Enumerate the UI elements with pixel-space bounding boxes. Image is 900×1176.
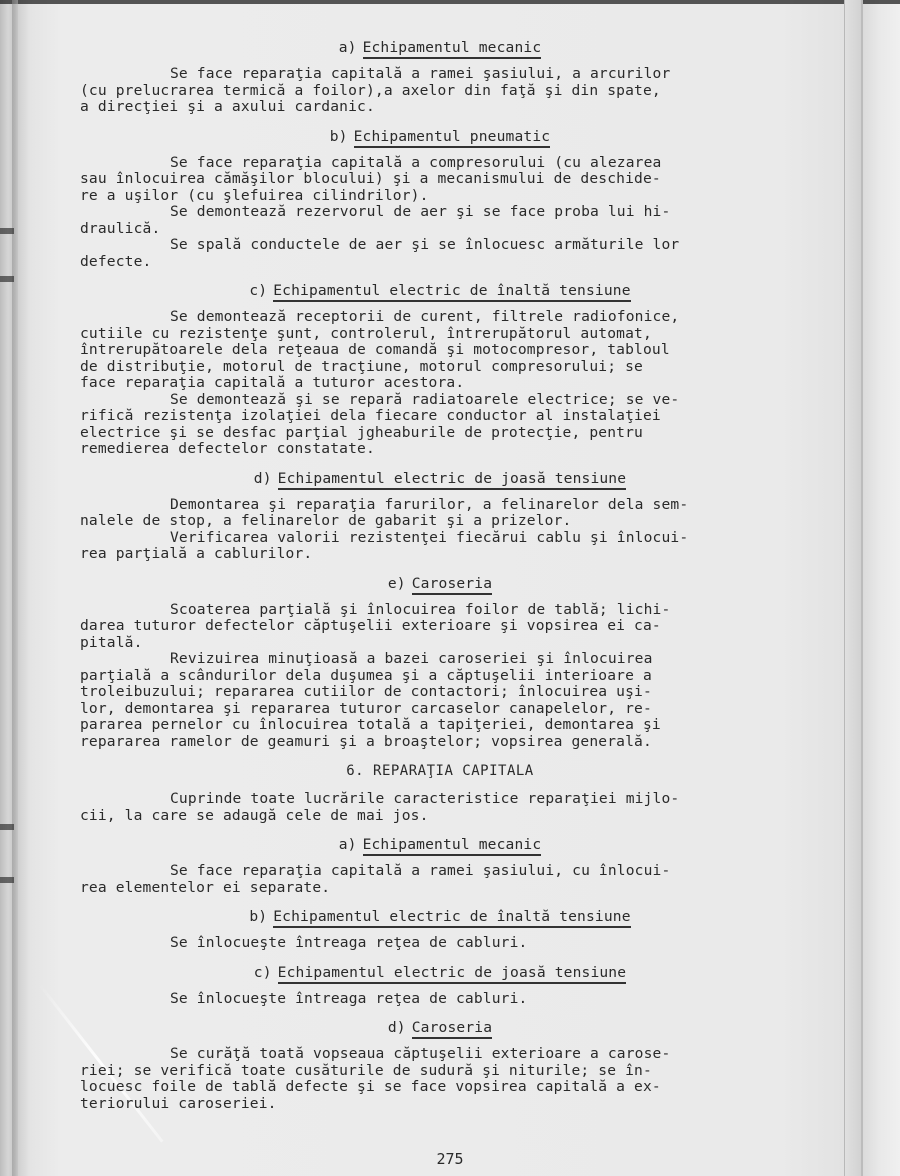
subsection-label: d) (254, 470, 272, 487)
subsection-label: a) (339, 836, 357, 853)
subsection-heading: c)Echipamentul electric de joasă tensiun… (80, 963, 800, 983)
text-line: Demontarea şi reparaţia farurilor, a fel… (80, 497, 800, 514)
text-line: parţială a scândurilor dela duşumea şi a… (80, 668, 800, 685)
text-line: cutiile cu rezistenţe şunt, controlerul,… (80, 326, 800, 343)
paragraph: Demontarea şi reparaţia farurilor, a fel… (80, 497, 800, 563)
text-line: Se înlocueşte întreaga reţea de cabluri. (80, 935, 800, 952)
subsection-heading: a)Echipamentul mecanic (80, 835, 800, 855)
paragraph: Se înlocueşte întreaga reţea de cabluri. (80, 935, 800, 952)
page-number: 275 (0, 1150, 900, 1168)
subsection-title: Echipamentul pneumatic (354, 128, 551, 148)
binding-staple-mark (0, 228, 14, 234)
page-right-edge (844, 0, 863, 1176)
text-line: Se face reparaţia capitală a compresorul… (80, 155, 800, 172)
paragraph: Se face reparaţia capitală a ramei şasiu… (80, 66, 800, 116)
text-line: teriorului caroseriei. (80, 1096, 800, 1113)
subsection-label: a) (339, 39, 357, 56)
subsection-label: e) (388, 575, 406, 592)
text-line: Se demontează şi se repară radiatoarele … (80, 392, 800, 409)
text-line: defecte. (80, 254, 800, 271)
scan-top-edge (0, 0, 900, 4)
subsection-label: d) (388, 1019, 406, 1036)
paragraph: Cuprinde toate lucrările caracteristice … (80, 791, 800, 824)
text-line: riei; se verifică toate cusăturile de su… (80, 1063, 800, 1080)
text-line: repararea ramelor de geamuri şi a broaşt… (80, 734, 800, 751)
subsection-heading: a)Echipamentul mecanic (80, 38, 800, 58)
subsection-label: b) (249, 908, 267, 925)
text-line: Se spală conductele de aer şi se înlocue… (80, 237, 800, 254)
text-line: Revizuirea minuţioasă a bazei caroseriei… (80, 651, 800, 668)
subsection-heading: e)Caroseria (80, 574, 800, 594)
binding-staple-mark (0, 824, 14, 830)
binding-staple-mark (0, 877, 14, 883)
text-line: pitală. (80, 635, 800, 652)
text-line: electrice şi se desfac parţial jgheaburi… (80, 425, 800, 442)
binding-staple-mark (0, 276, 14, 282)
subsection-heading: d)Caroseria (80, 1018, 800, 1038)
text-line: sau înlocuirea cămăşilor blocului) şi a … (80, 171, 800, 188)
subsection-label: c) (249, 282, 267, 299)
subsection-heading: d)Echipamentul electric de joasă tensiun… (80, 469, 800, 489)
subsection-title: Caroseria (412, 1019, 492, 1039)
text-line: locuesc foile de tablă defecte şi se fac… (80, 1079, 800, 1096)
paragraph: Se face reparaţia capitală a compresorul… (80, 155, 800, 271)
text-line: a direcţiei şi a axului cardanic. (80, 99, 800, 116)
subsection-title: Echipamentul mecanic (363, 39, 542, 59)
paragraph: Scoaterea parţială şi înlocuirea foilor … (80, 602, 800, 751)
text-line: Se curăţă toată vopseaua căptuşelii exte… (80, 1046, 800, 1063)
document-body: a)Echipamentul mecanicSe face reparaţia … (80, 38, 800, 1123)
text-line: pararea pernelor cu înlocuirea totală a … (80, 717, 800, 734)
text-line: Se face reparaţia capitală a ramei şasiu… (80, 863, 800, 880)
page-binding-edge (12, 0, 18, 1176)
subsection-label: b) (330, 128, 348, 145)
text-line: de distribuţie, motorul de tracţiune, mo… (80, 359, 800, 376)
paragraph: Se înlocueşte întreaga reţea de cabluri. (80, 991, 800, 1008)
subsection-heading: b)Echipamentul pneumatic (80, 127, 800, 147)
subsection-title: Echipamentul electric de înaltă tensiune (273, 282, 630, 302)
text-line: întrerupătoarele dela reţeaua de comandă… (80, 342, 800, 359)
paragraph: Se curăţă toată vopseaua căptuşelii exte… (80, 1046, 800, 1112)
text-line: draulică. (80, 221, 800, 238)
text-line: Se demontează receptorii de curent, filt… (80, 309, 800, 326)
paragraph: Se face reparaţia capitală a ramei şasiu… (80, 863, 800, 896)
subsection-title: Echipamentul mecanic (363, 836, 542, 856)
subsection-title: Echipamentul electric de înaltă tensiune (273, 908, 630, 928)
subsection-label: c) (254, 964, 272, 981)
text-line: cii, la care se adaugă cele de mai jos. (80, 808, 800, 825)
text-line: Se înlocueşte întreaga reţea de cabluri. (80, 991, 800, 1008)
text-line: Cuprinde toate lucrările caracteristice … (80, 791, 800, 808)
text-line: troleibuzului; repararea cutiilor de con… (80, 684, 800, 701)
subsection-title: Echipamentul electric de joasă tensiune (278, 964, 627, 984)
text-line: lor, demontarea şi repararea tuturor car… (80, 701, 800, 718)
text-line: (cu prelucrarea termică a foilor),a axel… (80, 83, 800, 100)
section-title: 6. REPARAŢIA CAPITALA (80, 761, 800, 781)
text-line: rea elementelor ei separate. (80, 880, 800, 897)
subsection-heading: b)Echipamentul electric de înaltă tensiu… (80, 907, 800, 927)
subsection-title: Caroseria (412, 575, 492, 595)
text-line: re a uşilor (cu şlefuirea cilindrilor). (80, 188, 800, 205)
paragraph: Se demontează receptorii de curent, filt… (80, 309, 800, 458)
subsection-heading: c)Echipamentul electric de înaltă tensiu… (80, 281, 800, 301)
text-line: Scoaterea parţială şi înlocuirea foilor … (80, 602, 800, 619)
text-line: Se face reparaţia capitală a ramei şasiu… (80, 66, 800, 83)
subsection-title: Echipamentul electric de joasă tensiune (278, 470, 627, 490)
text-line: Se demontează rezervorul de aer şi se fa… (80, 204, 800, 221)
text-line: rifică rezistenţa izolaţiei dela fiecare… (80, 408, 800, 425)
text-line: Verificarea valorii rezistenţei fiecărui… (80, 530, 800, 547)
text-line: rea parţială a cablurilor. (80, 546, 800, 563)
text-line: darea tuturor defectelor căptuşelii exte… (80, 618, 800, 635)
text-line: nalele de stop, a felinarelor de gabarit… (80, 513, 800, 530)
text-line: remedierea defectelor constatate. (80, 441, 800, 458)
text-line: face reparaţia capitală a tuturor acesto… (80, 375, 800, 392)
